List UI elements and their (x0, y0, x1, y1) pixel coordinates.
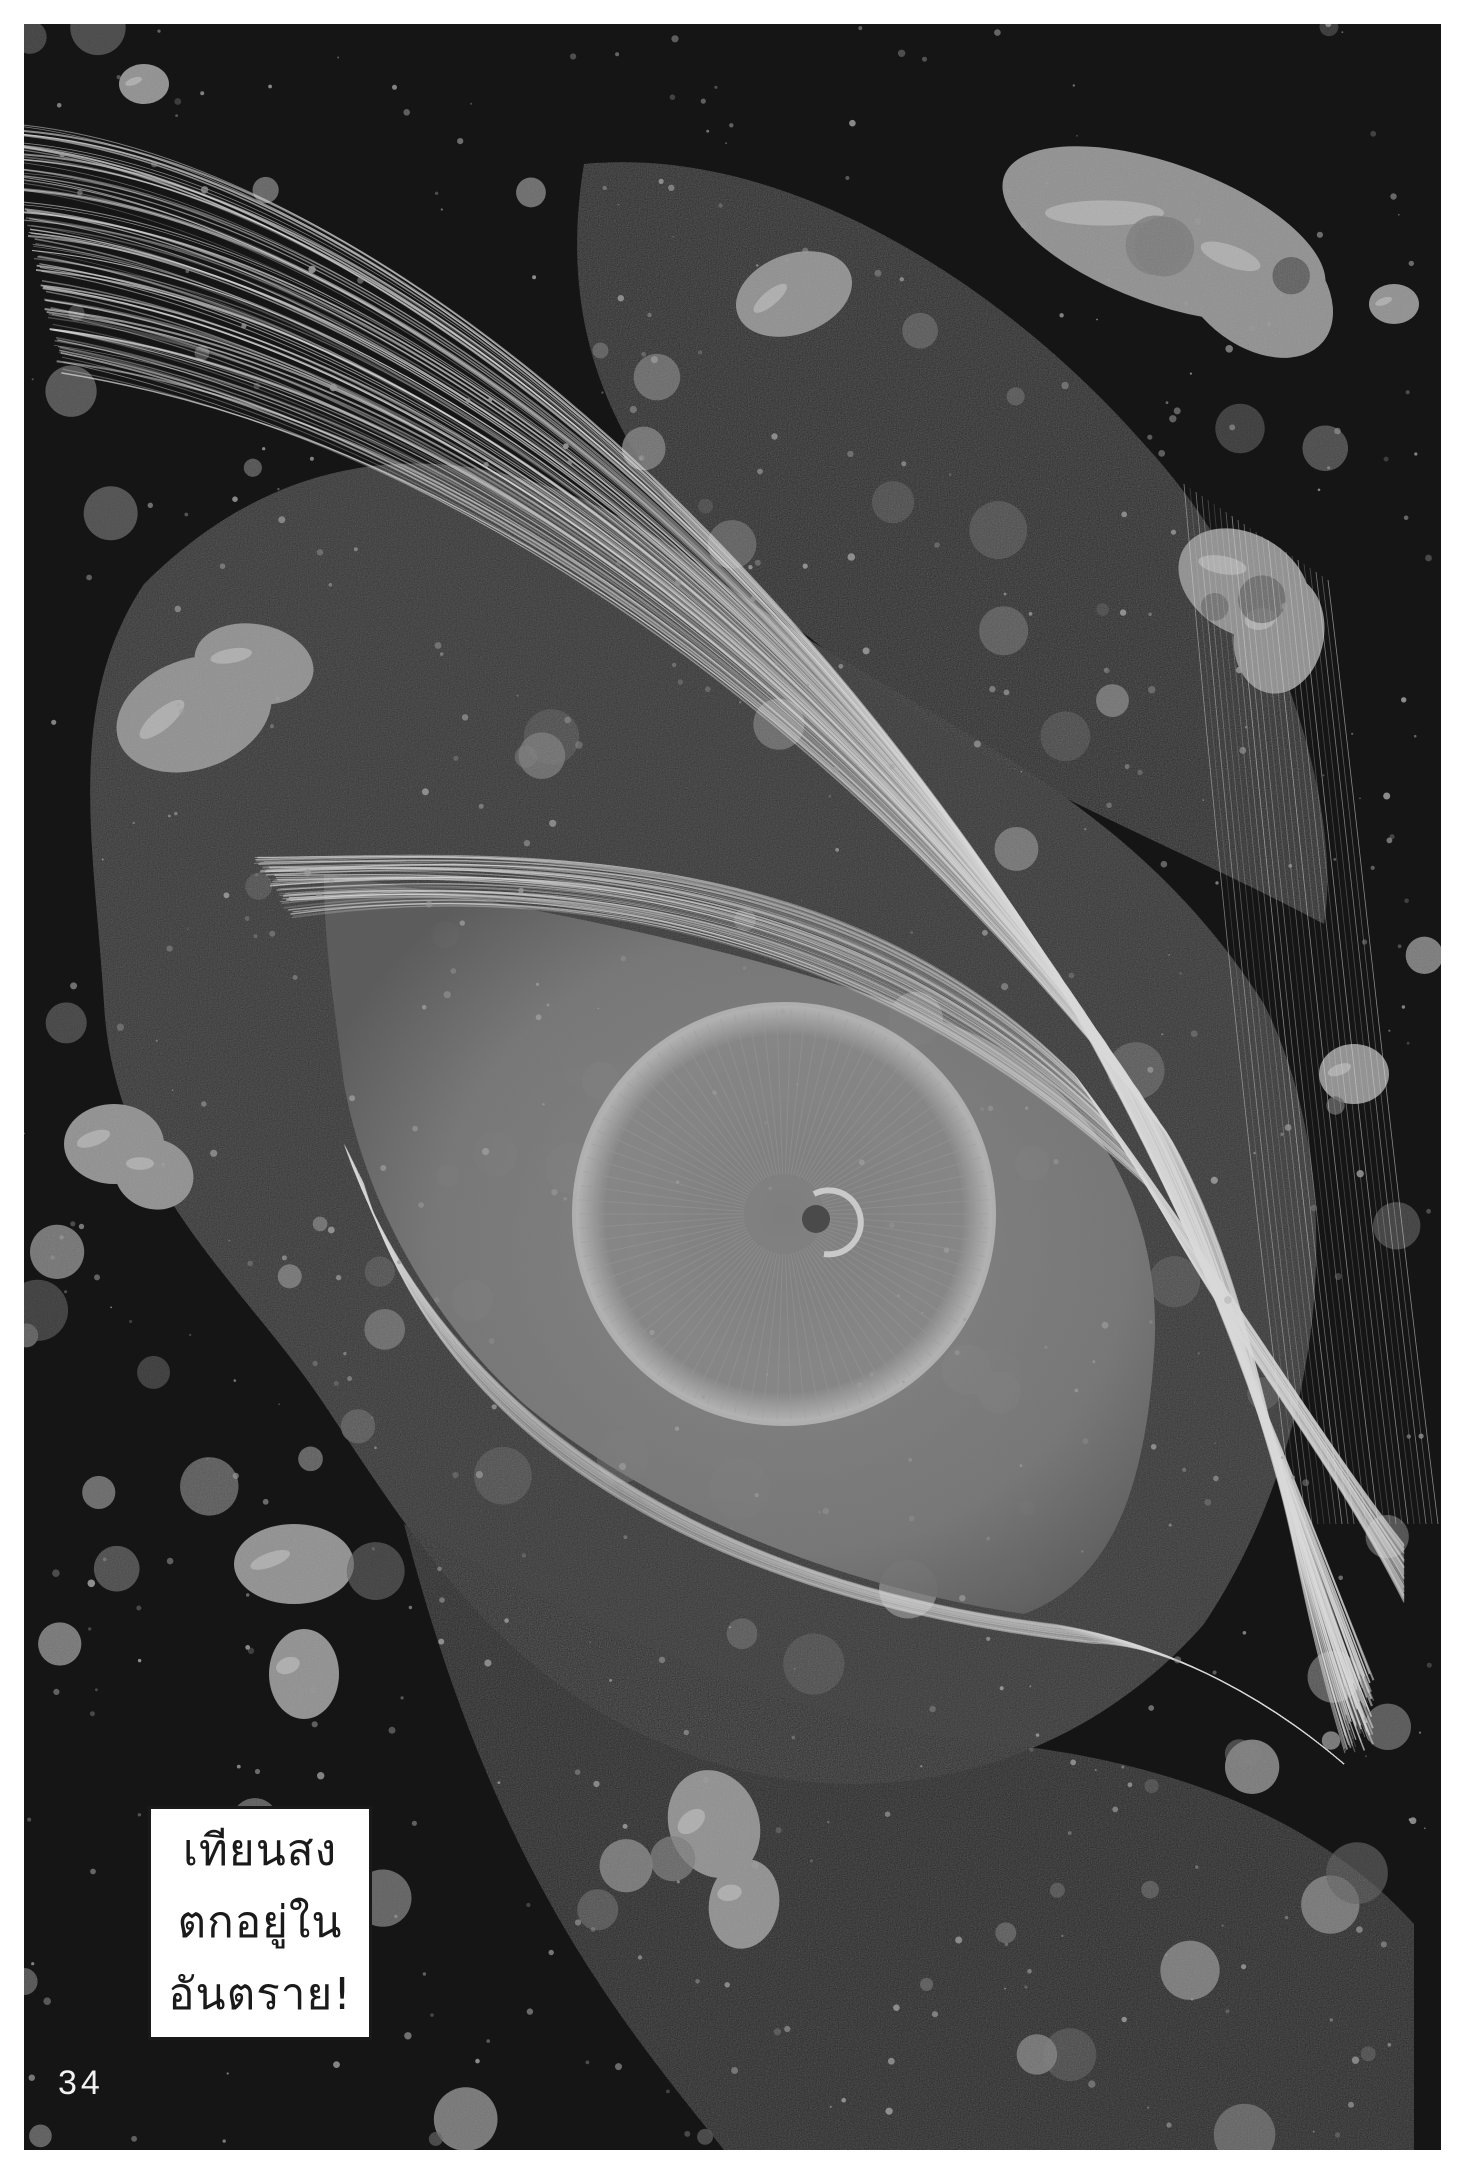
page-number: 34 (58, 2064, 104, 2103)
caption-line-2: ตกอยู่ใน (178, 1887, 343, 1959)
manga-page: เทียนสง ตกอยู่ใน อันตราย! 34 (0, 0, 1465, 2174)
caption-line-3: อันตราย! (168, 1959, 352, 2031)
caption-box: เทียนสง ตกอยู่ใน อันตราย! (148, 1806, 372, 2040)
caption-line-1: เทียนสง (183, 1815, 337, 1887)
